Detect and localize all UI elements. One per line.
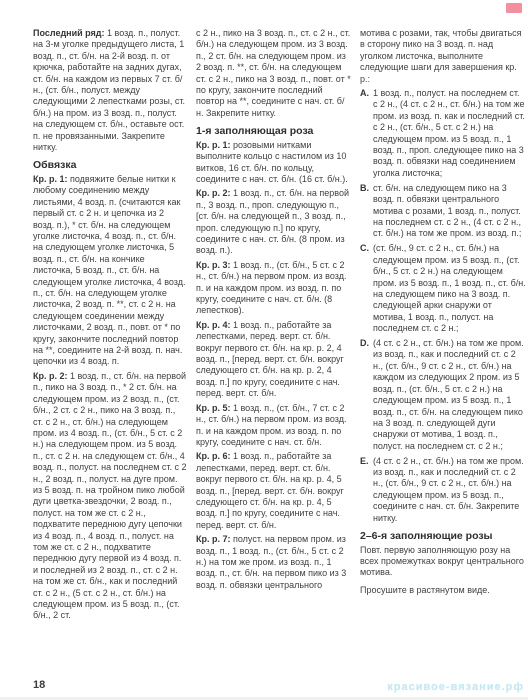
text-column-2: с 2 н., пико на 3 возд. п., ст. с 2 н., …	[196, 28, 351, 625]
paragraph-lead: Кр. р. 5:	[196, 403, 233, 413]
page-number: 18	[33, 679, 45, 691]
lettered-step: E. (4 ст. с 2 н., ст. б/н.) на том же пр…	[360, 456, 526, 524]
pattern-paragraph: Кр. р. 1: розовыми нитками выполните кол…	[196, 140, 351, 186]
text-column-3: мотива с розами, так, чтобы двигаться в …	[360, 28, 526, 625]
paragraph-lead: Кр. р. 1:	[196, 140, 233, 150]
paragraph-lead: Кр. р. 2:	[196, 188, 233, 198]
pattern-paragraph: Кр. р. 4: 1 возд. п., работайте за лепес…	[196, 320, 351, 400]
pattern-paragraph: мотива с розами, так, чтобы двигаться в …	[360, 28, 526, 85]
paragraph-lead: Кр. р. 7:	[196, 534, 233, 544]
corner-accent-mark	[506, 3, 522, 13]
paragraph-lead: Кр. р. 6:	[196, 451, 233, 461]
paragraph-lead: D.	[360, 338, 369, 349]
paragraph-lead: C.	[360, 243, 369, 254]
paragraph-lead: A.	[360, 88, 369, 99]
paragraph-lead: Кр. р. 4:	[196, 320, 233, 330]
pattern-paragraph: Кр. р. 3: 1 возд. п., (ст. б/н., 5 ст. с…	[196, 260, 351, 317]
pattern-paragraph: Просушите в растянутом виде.	[360, 585, 526, 596]
text-column-1: Последний ряд: 1 возд. п., полуст. на 3-…	[33, 28, 187, 625]
pattern-paragraph: Кр. р. 1: подвяжите белые нитки к любому…	[33, 174, 187, 368]
magazine-page: Последний ряд: 1 возд. п., полуст. на 3-…	[0, 0, 528, 700]
pattern-paragraph: Кр. р. 5: 1 возд. п., (ст. б/н., 7 ст. с…	[196, 403, 351, 449]
pattern-paragraph: с 2 н., пико на 3 возд. п., ст. с 2 н., …	[196, 28, 351, 119]
lettered-step: B. ст. б/н. на следующем пико на 3 возд.…	[360, 183, 526, 240]
lettered-step: C. (ст. б/н., 9 ст. с 2 н., ст. б/н.) на…	[360, 243, 526, 334]
paragraph-lead: Кр. р. 2:	[33, 371, 70, 381]
page-content: Последний ряд: 1 возд. п., полуст. на 3-…	[33, 28, 526, 625]
section-heading: 1-я заполняющая роза	[196, 125, 351, 138]
site-watermark: красивое-вязание.рф	[387, 681, 524, 693]
pattern-paragraph: Кр. р. 2: 1 возд. п., ст. б/н. на первой…	[196, 188, 351, 256]
paragraph-lead: Кр. р. 1:	[33, 174, 70, 184]
section-heading: Обвязка	[33, 159, 187, 172]
lettered-step: D. (4 ст. с 2 н., ст. б/н.) на том же пр…	[360, 338, 526, 452]
paragraph-lead: Последний ряд:	[33, 28, 107, 38]
section-heading: 2–6-я заполняющие розы	[360, 530, 526, 543]
lettered-step: A. 1 возд. п., полуст. на последнем ст. …	[360, 88, 526, 179]
pattern-paragraph: Кр. р. 7: полуст. на первом пром. из воз…	[196, 534, 351, 591]
pattern-paragraph: Последний ряд: 1 возд. п., полуст. на 3-…	[33, 28, 187, 153]
paragraph-lead: Кр. р. 3:	[196, 260, 233, 270]
pattern-paragraph: Кр. р. 2: 1 возд. п., ст. б/н. на первой…	[33, 371, 187, 622]
pattern-paragraph: Повт. первую заполняющую розу на всех пр…	[360, 545, 526, 579]
paragraph-lead: B.	[360, 183, 369, 194]
paragraph-lead: E.	[360, 456, 369, 467]
pattern-paragraph: Кр. р. 6: 1 возд. п., работайте за лепес…	[196, 451, 351, 531]
